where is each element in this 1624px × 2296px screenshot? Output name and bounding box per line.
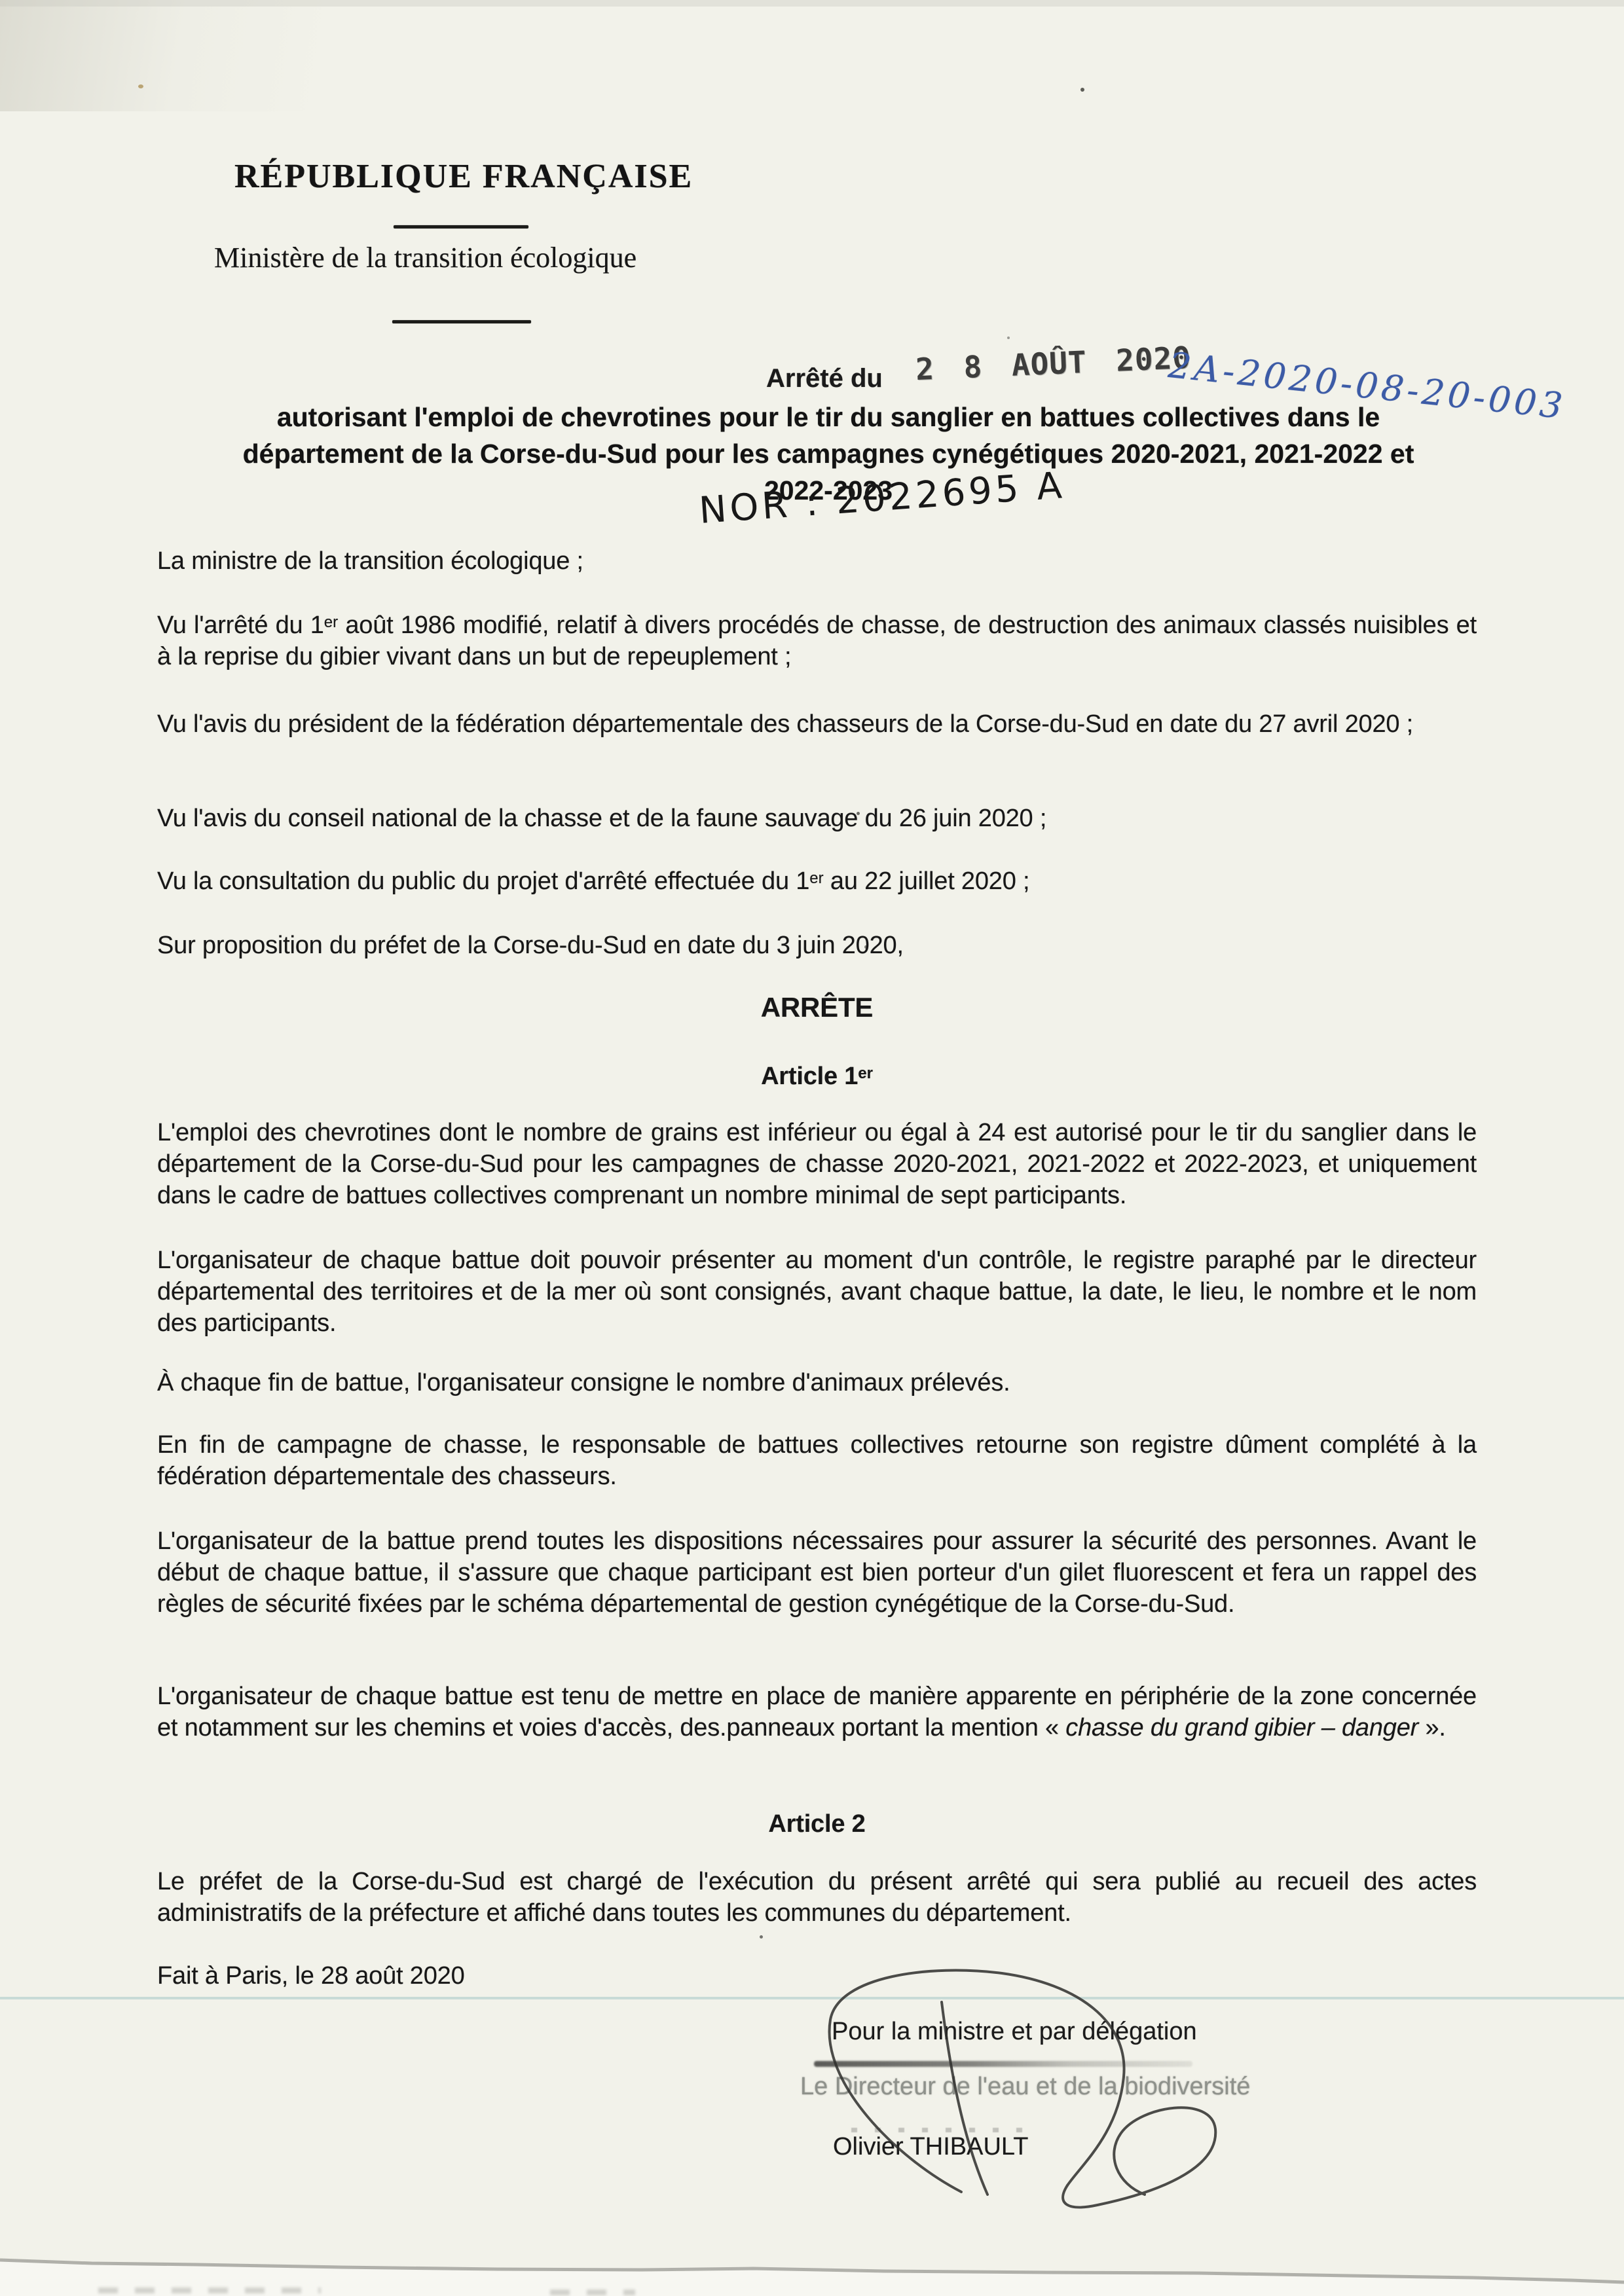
signature-dots [851, 2128, 1028, 2132]
scan-top-shadow [0, 0, 1624, 7]
article-1-paragraph-4: En fin de campagne de chasse, le respons… [157, 1429, 1477, 1492]
article-1-paragraph-5: L'organisateur de la battue prend toutes… [157, 1525, 1477, 1620]
paper-speck [138, 84, 143, 88]
superscript-er: er [858, 1065, 873, 1082]
decree-label: Arrêté du [766, 364, 883, 393]
recital-2: Vu l'avis du président de la fédération … [157, 708, 1477, 740]
place-date-line: Fait à Paris, le 28 août 2020 [157, 1960, 1477, 1992]
subject-line-2: département de la Corse-du-Sud pour les … [167, 439, 1490, 469]
ghost-print-smudge [98, 2287, 321, 2293]
article-1-paragraph-2: L'organisateur de chaque battue doit pou… [157, 1245, 1477, 1339]
signatory-name-line: Olivier THIBAULT [833, 2133, 1028, 2161]
article-1-heading-text: Article 1 [761, 1063, 858, 1090]
republic-title: RÉPUBLIQUE FRANÇAISE [234, 157, 693, 196]
signatory-title-line: Le Directeur de l'eau et de la biodivers… [800, 2073, 1250, 2101]
recital-4: Vu la consultation du public du projet d… [157, 863, 1477, 897]
decree-heading: ARRÊTE [157, 992, 1477, 1023]
article-2-heading: Article 2 [157, 1808, 1477, 1840]
superscript-er: er [324, 613, 338, 631]
article-1-heading: Article 1er [157, 1058, 1477, 1092]
recital-1: Vu l'arrêté du 1er août 1986 modifié, re… [157, 607, 1477, 672]
paper-speck [1007, 337, 1010, 339]
scanned-document-page: RÉPUBLIQUE FRANÇAISE Ministère de la tra… [0, 0, 1624, 2296]
article-1-paragraph-1: L'emploi des chevrotines dont le nombre … [157, 1117, 1477, 1211]
article-1-paragraph-6: L'organisateur de chaque battue est tenu… [157, 1681, 1477, 1743]
recital-4-text: Vu la consultation du public du projet d… [157, 867, 809, 895]
proposal-line: Sur proposition du préfet de la Corse-du… [157, 930, 1477, 961]
paper-speck [1080, 88, 1084, 92]
superscript-er: er [809, 869, 823, 887]
recital-1-text-end: août 1986 modifié, relatif à divers proc… [157, 611, 1477, 670]
scanner-artifact-line [0, 1997, 1624, 1999]
article-2-paragraph: Le préfet de la Corse-du-Sud est chargé … [157, 1866, 1477, 1929]
article-1-paragraph-3: À chaque fin de battue, l'organisateur c… [157, 1367, 1477, 1398]
recital-3: Vu l'avis du conseil national de la chas… [157, 803, 1477, 834]
recital-4-text-end: au 22 juillet 2020 ; [824, 867, 1030, 895]
paper-speck [760, 1935, 763, 1939]
header-divider-2 [392, 320, 531, 323]
paper-crease [0, 0, 537, 111]
recital-1-text: Vu l'arrêté du 1 [157, 611, 324, 639]
italic-mention: chasse du grand gibier – danger [1065, 1714, 1418, 1741]
paragraph-6-text-end: ». [1418, 1714, 1446, 1741]
header-divider-1 [394, 225, 528, 228]
signature-strike-line [814, 2061, 1192, 2067]
ghost-print-smudge [550, 2289, 635, 2295]
handwritten-nor-reference: NOR : 2022695 A [697, 464, 1066, 532]
opening-line: La ministre de la transition écologique … [157, 545, 1477, 577]
delegation-line: Pour la ministre et par délégation [832, 2018, 1197, 2046]
subject-line-1: autorisant l'emploi de chevrotines pour … [167, 402, 1490, 433]
ministry-title: Ministère de la transition écologique [214, 241, 637, 274]
date-stamp: 2 8 AOÛT 2020 [915, 340, 1192, 387]
